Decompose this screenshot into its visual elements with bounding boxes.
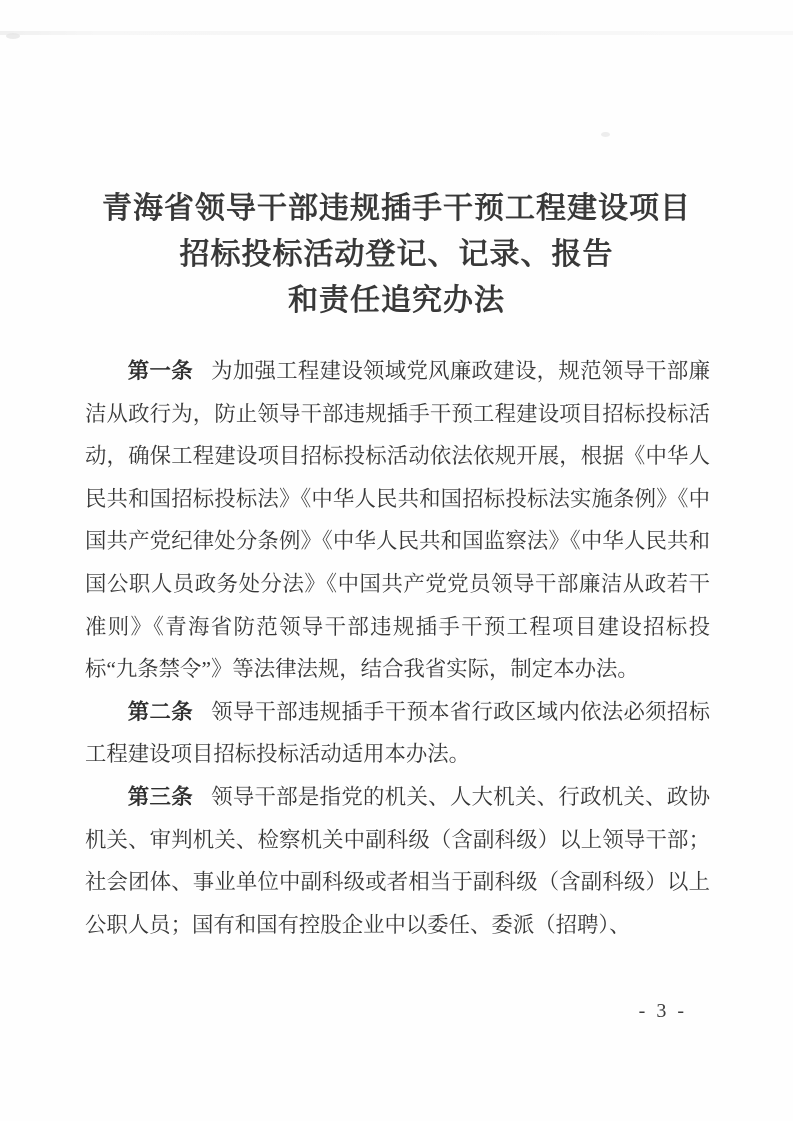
scan-artifact-speck	[6, 33, 20, 39]
article-paragraph: 第一条为加强工程建设领域党风廉政建设，规范领导干部廉洁从政行为，防止领导干部违规…	[85, 350, 710, 691]
document-page: 青海省领导干部违规插手干预工程建设项目 招标投标活动登记、记录、报告 和责任追究…	[0, 0, 793, 1121]
article-text: 为加强工程建设领域党风廉政建设，规范领导干部廉洁从政行为，防止领导干部违规插手干…	[85, 359, 710, 681]
article-label: 第三条	[128, 785, 193, 809]
document-body: 第一条为加强工程建设领域党风廉政建设，规范领导干部廉洁从政行为，防止领导干部违规…	[0, 350, 793, 946]
article-paragraph: 第三条领导干部是指党的机关、人大机关、行政机关、政协机关、审判机关、检察机关中副…	[85, 776, 710, 946]
article-paragraph: 第二条领导干部违规插手干预本省行政区域内依法必须招标工程建设项目招标投标活动适用…	[85, 691, 710, 776]
page-number: - 3 -	[639, 1000, 687, 1023]
document-title-line-2: 招标投标活动登记、记录、报告	[0, 232, 793, 278]
scan-artifact-speck	[601, 132, 610, 137]
article-label: 第二条	[128, 700, 193, 724]
scan-artifact-line	[0, 31, 793, 35]
document-title-line-3: 和责任追究办法	[0, 278, 793, 324]
document-title-line-1: 青海省领导干部违规插手干预工程建设项目	[0, 186, 793, 232]
document-title: 青海省领导干部违规插手干预工程建设项目 招标投标活动登记、记录、报告 和责任追究…	[0, 0, 793, 324]
article-label: 第一条	[128, 359, 193, 383]
